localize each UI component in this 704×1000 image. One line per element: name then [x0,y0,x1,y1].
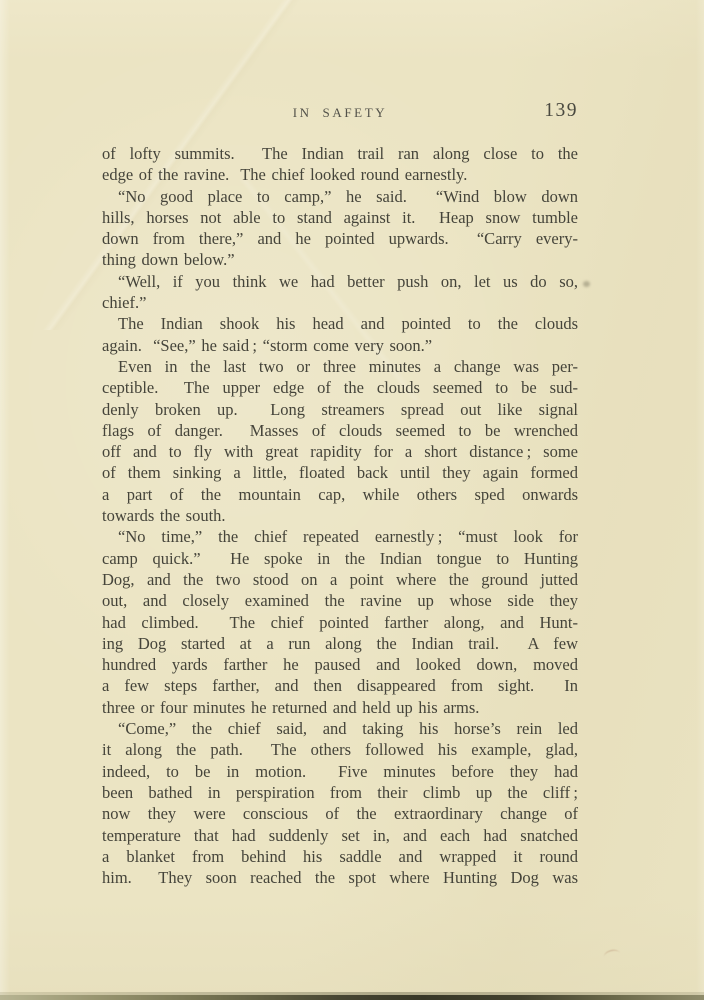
text-line: of them sinking a little, floated back u… [102,462,578,483]
text-line: a blanket from behind his saddle and wra… [102,846,578,867]
text-line: a few steps farther, and then disappeare… [102,675,578,696]
text-line: Dog, and the two stood on a point where … [102,569,578,590]
running-title: IN SAFETY [293,105,388,120]
text-line: towards the south. [102,505,578,526]
running-head: IN SAFETY 139 [102,104,578,120]
text-line: indeed, to be in motion. Five minutes be… [102,761,578,782]
text-line: “Well, if you think we had better push o… [102,271,578,292]
text-line: “No time,” the chief repeated earnestly … [102,526,578,547]
text-line: thing down below.” [102,249,578,270]
text-line: a part of the mountain cap, while others… [102,484,578,505]
page-content: IN SAFETY 139 of lofty summits. The Indi… [102,0,578,888]
text-line: “Come,” the chief said, and taking his h… [102,718,578,739]
text-line: hills, horses not able to stand against … [102,207,578,228]
text-line: out, and closely examined the ravine up … [102,590,578,611]
text-line: ceptible. The upper edge of the clouds s… [102,377,578,398]
text-line: off and to fly with great rapidity for a… [102,441,578,462]
text-line: “No good place to camp,” he said. “Wind … [102,186,578,207]
text-line: The Indian shook his head and pointed to… [102,313,578,334]
text-line: again. “See,” he said ; “storm come very… [102,335,578,356]
text-line: camp quick.” He spoke in the Indian tong… [102,548,578,569]
book-page: IN SAFETY 139 of lofty summits. The Indi… [0,0,704,1000]
text-line: flags of danger. Masses of clouds seemed… [102,420,578,441]
text-line: had climbed. The chief pointed farther a… [102,612,578,633]
text-line: temperature that had suddenly set in, an… [102,825,578,846]
text-line: three or four minutes he returned and he… [102,697,578,718]
text-line: now they were conscious of the extraordi… [102,803,578,824]
text-line: it along the path. The others followed h… [102,739,578,760]
page-bottom-edge [0,995,704,1000]
paper-stain [603,948,621,962]
text-line: him. They soon reached the spot where Hu… [102,867,578,888]
body-text: of lofty summits. The Indian trail ran a… [102,143,578,888]
text-line: hundred yards farther he paused and look… [102,654,578,675]
text-line: been bathed in perspiration from their c… [102,782,578,803]
text-line: Even in the last two or three minutes a … [102,356,578,377]
text-line: chief.” [102,292,578,313]
text-line: edge of the ravine. The chief looked rou… [102,164,578,185]
ink-speck [583,281,590,287]
page-number: 139 [544,100,578,122]
text-line: of lofty summits. The Indian trail ran a… [102,143,578,164]
text-line: ing Dog started at a run along the India… [102,633,578,654]
text-line: denly broken up. Long streamers spread o… [102,399,578,420]
text-line: down from there,” and he pointed upwards… [102,228,578,249]
